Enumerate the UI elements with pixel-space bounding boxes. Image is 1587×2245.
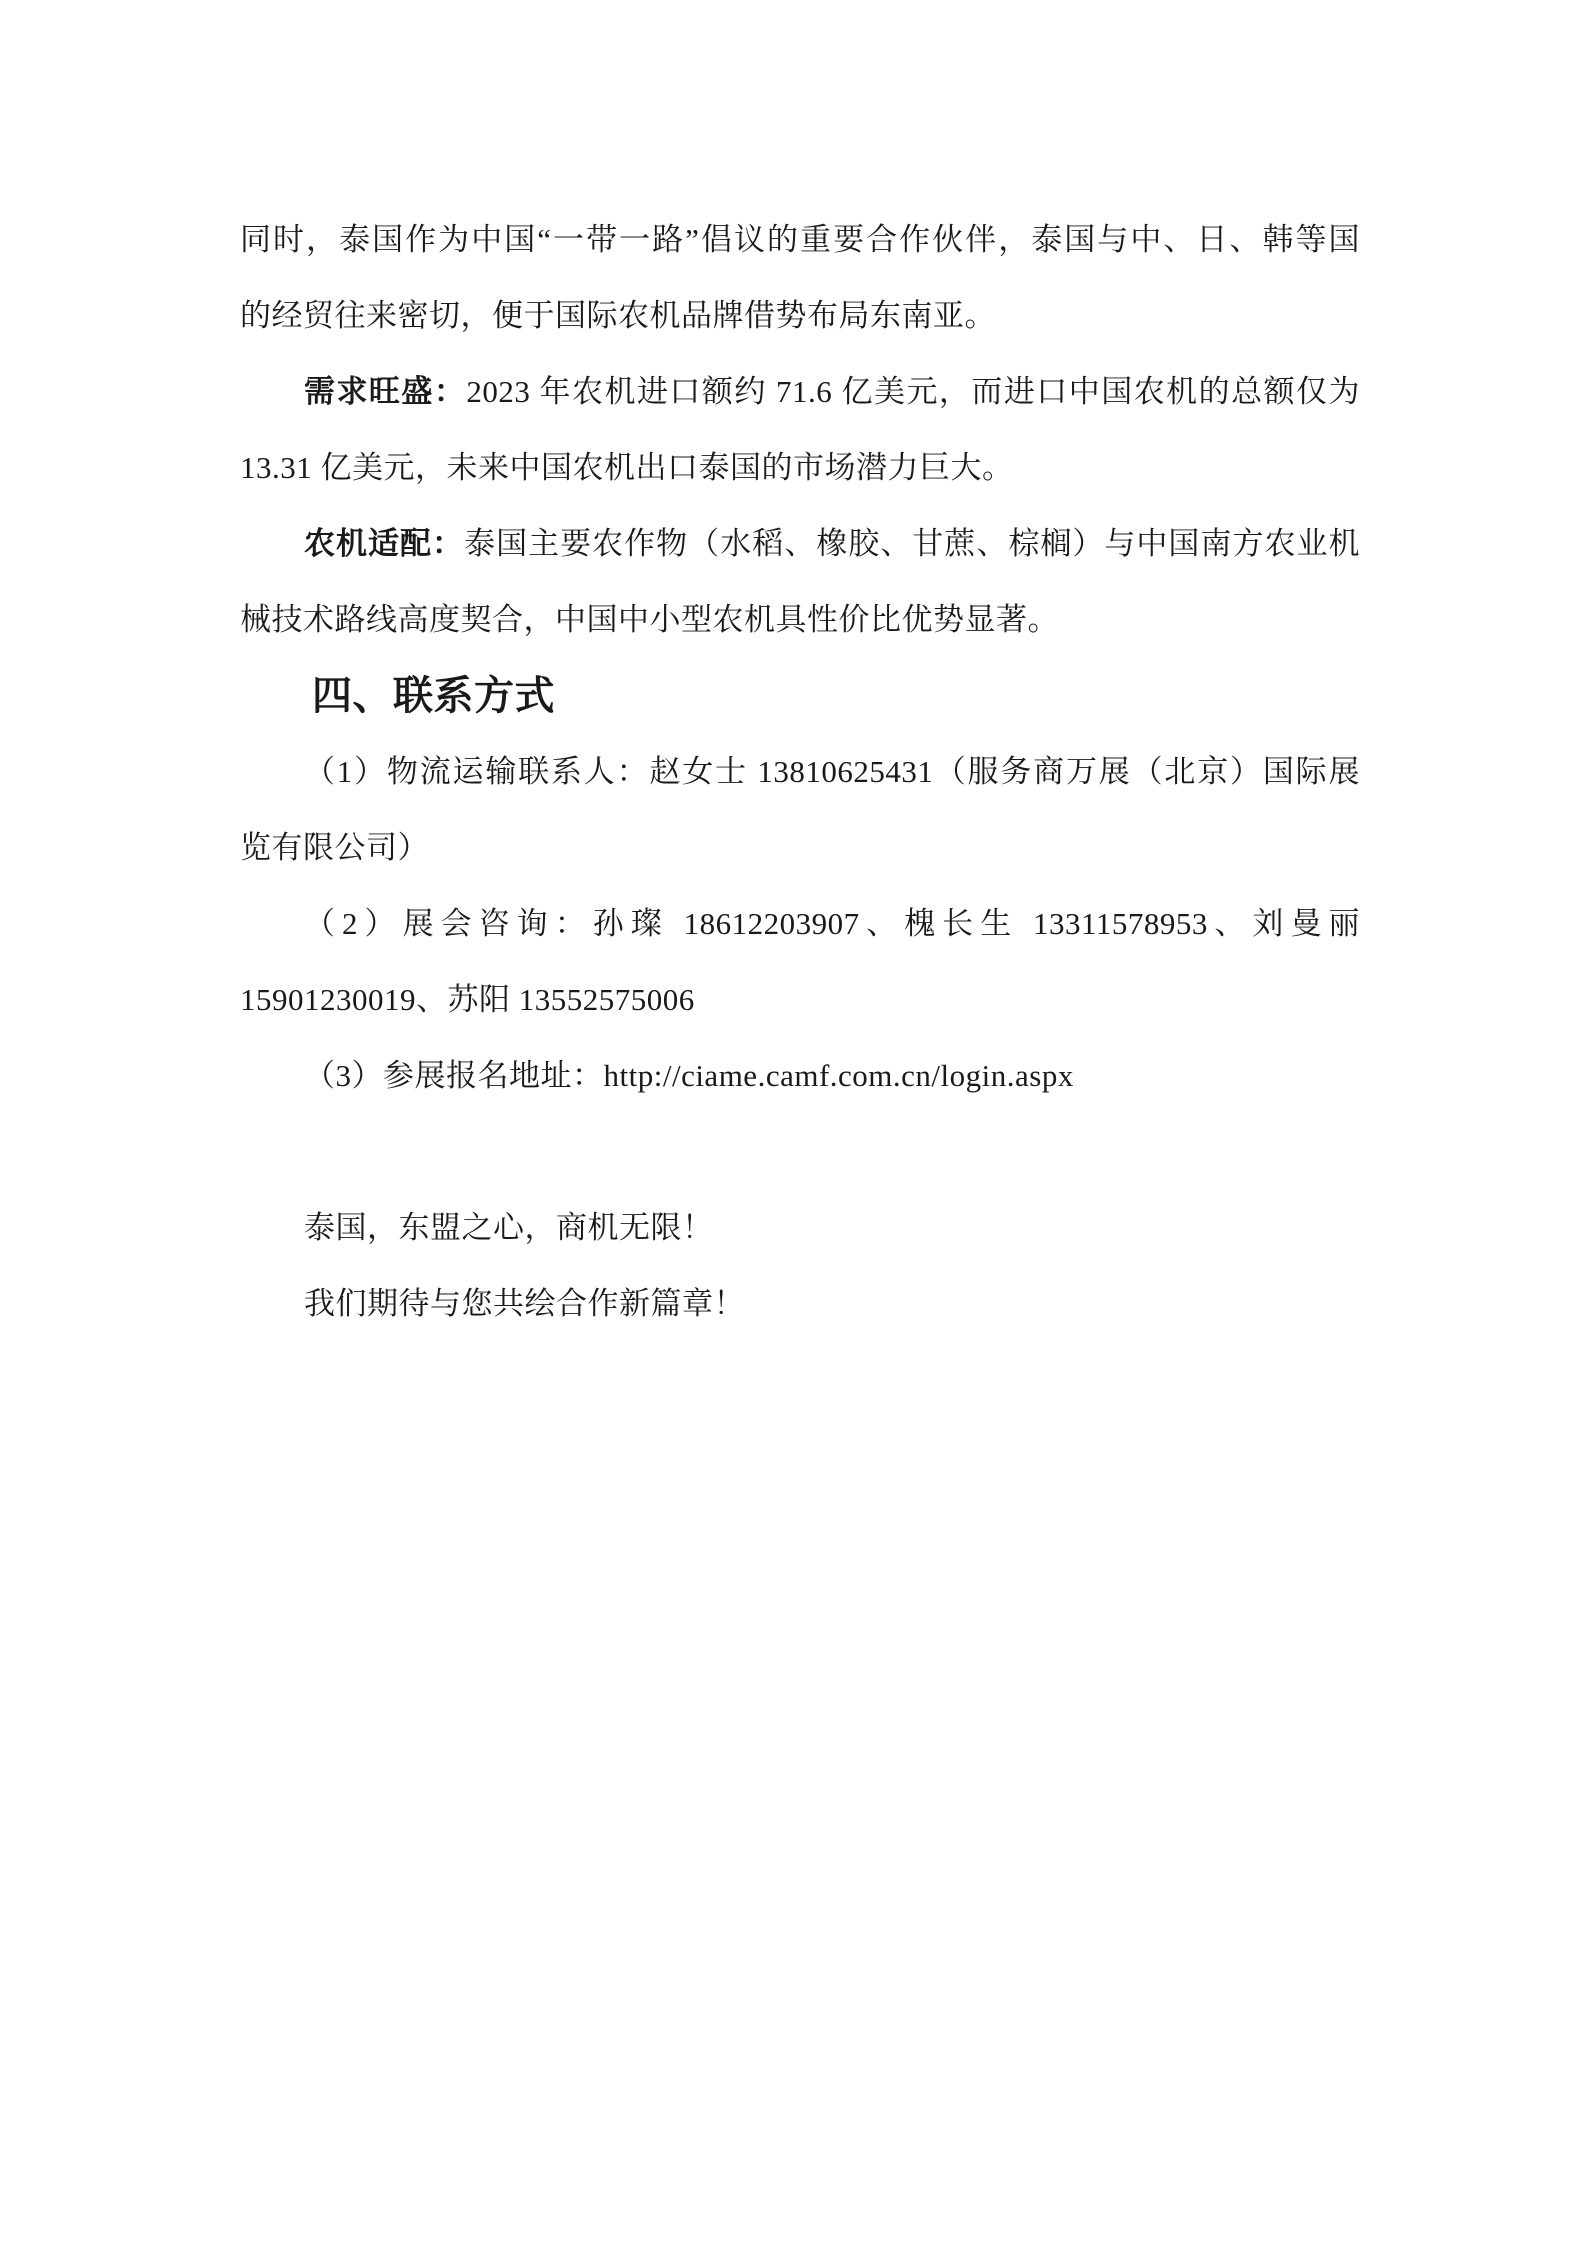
line-text: 览有限公司）	[240, 830, 429, 865]
line-text: 泰国主要农作物（水稻、橡胶、甘蔗、棕榈）与中国南方农业机	[464, 526, 1360, 561]
line-text: （1）物流运输联系人：赵女士 13810625431（服务商万展（北京）国际展	[304, 754, 1360, 789]
paragraph-line: 农机适配：泰国主要农作物（水稻、橡胶、甘蔗、棕榈）与中国南方农业机	[240, 506, 1360, 582]
paragraph-line: 15901230019、苏阳 13552575006	[240, 962, 1360, 1038]
paragraph-line: 同时，泰国作为中国“一带一路”倡议的重要合作伙伴，泰国与中、日、韩等国	[240, 202, 1360, 278]
url-text: （3）参展报名地址：http://ciame.camf.com.cn/login…	[304, 1058, 1074, 1093]
line-text: 的经贸往来密切，便于国际农机品牌借势布局东南亚。	[240, 298, 996, 333]
paragraph-line: 需求旺盛：2023 年农机进口额约 71.6 亿美元，而进口中国农机的总额仅为	[240, 354, 1360, 430]
paragraph-line: 械技术路线高度契合，中国中小型农机具性价比优势显著。	[240, 582, 1360, 658]
paragraph-line: 览有限公司）	[240, 810, 1360, 886]
bold-label: 需求旺盛：	[304, 374, 466, 409]
paragraph-line: 13.31 亿美元，未来中国农机出口泰国的市场潜力巨大。	[240, 430, 1360, 506]
closing-line: 我们期待与您共绘合作新篇章！	[240, 1266, 1360, 1342]
line-text: 2023 年农机进口额约 71.6 亿美元，而进口中国农机的总额仅为	[466, 374, 1360, 409]
line-text: 我们期待与您共绘合作新篇章！	[304, 1286, 745, 1321]
line-text: 15901230019、苏阳 13552575006	[240, 982, 695, 1017]
paragraph-line: （1）物流运输联系人：赵女士 13810625431（服务商万展（北京）国际展	[240, 734, 1360, 810]
document-content: 同时，泰国作为中国“一带一路”倡议的重要合作伙伴，泰国与中、日、韩等国 的经贸往…	[240, 202, 1360, 1342]
paragraph-line: （2）展会咨询：孙璨 18612203907、槐长生 13311578953、刘…	[240, 886, 1360, 962]
line-text: （2）展会咨询：孙璨 18612203907、槐长生 13311578953、刘…	[304, 906, 1360, 941]
bold-label: 农机适配：	[304, 526, 464, 561]
paragraph-line: 的经贸往来密切，便于国际农机品牌借势布局东南亚。	[240, 278, 1360, 354]
line-text: 械技术路线高度契合，中国中小型农机具性价比优势显著。	[240, 602, 1059, 637]
section-heading-text: 四、联系方式	[312, 673, 555, 718]
document-page: 同时，泰国作为中国“一带一路”倡议的重要合作伙伴，泰国与中、日、韩等国 的经贸往…	[0, 0, 1587, 2245]
slogan-line: 泰国，东盟之心，商机无限！	[240, 1190, 1360, 1266]
url-line: （3）参展报名地址：http://ciame.camf.com.cn/login…	[240, 1038, 1360, 1114]
blank-line	[240, 1114, 1360, 1190]
line-text: 同时，泰国作为中国“一带一路”倡议的重要合作伙伴，泰国与中、日、韩等国	[240, 222, 1360, 257]
line-text: 泰国，东盟之心，商机无限！	[304, 1210, 714, 1245]
line-text: 13.31 亿美元，未来中国农机出口泰国的市场潜力巨大。	[240, 450, 1014, 485]
section-heading: 四、联系方式	[240, 658, 1360, 734]
